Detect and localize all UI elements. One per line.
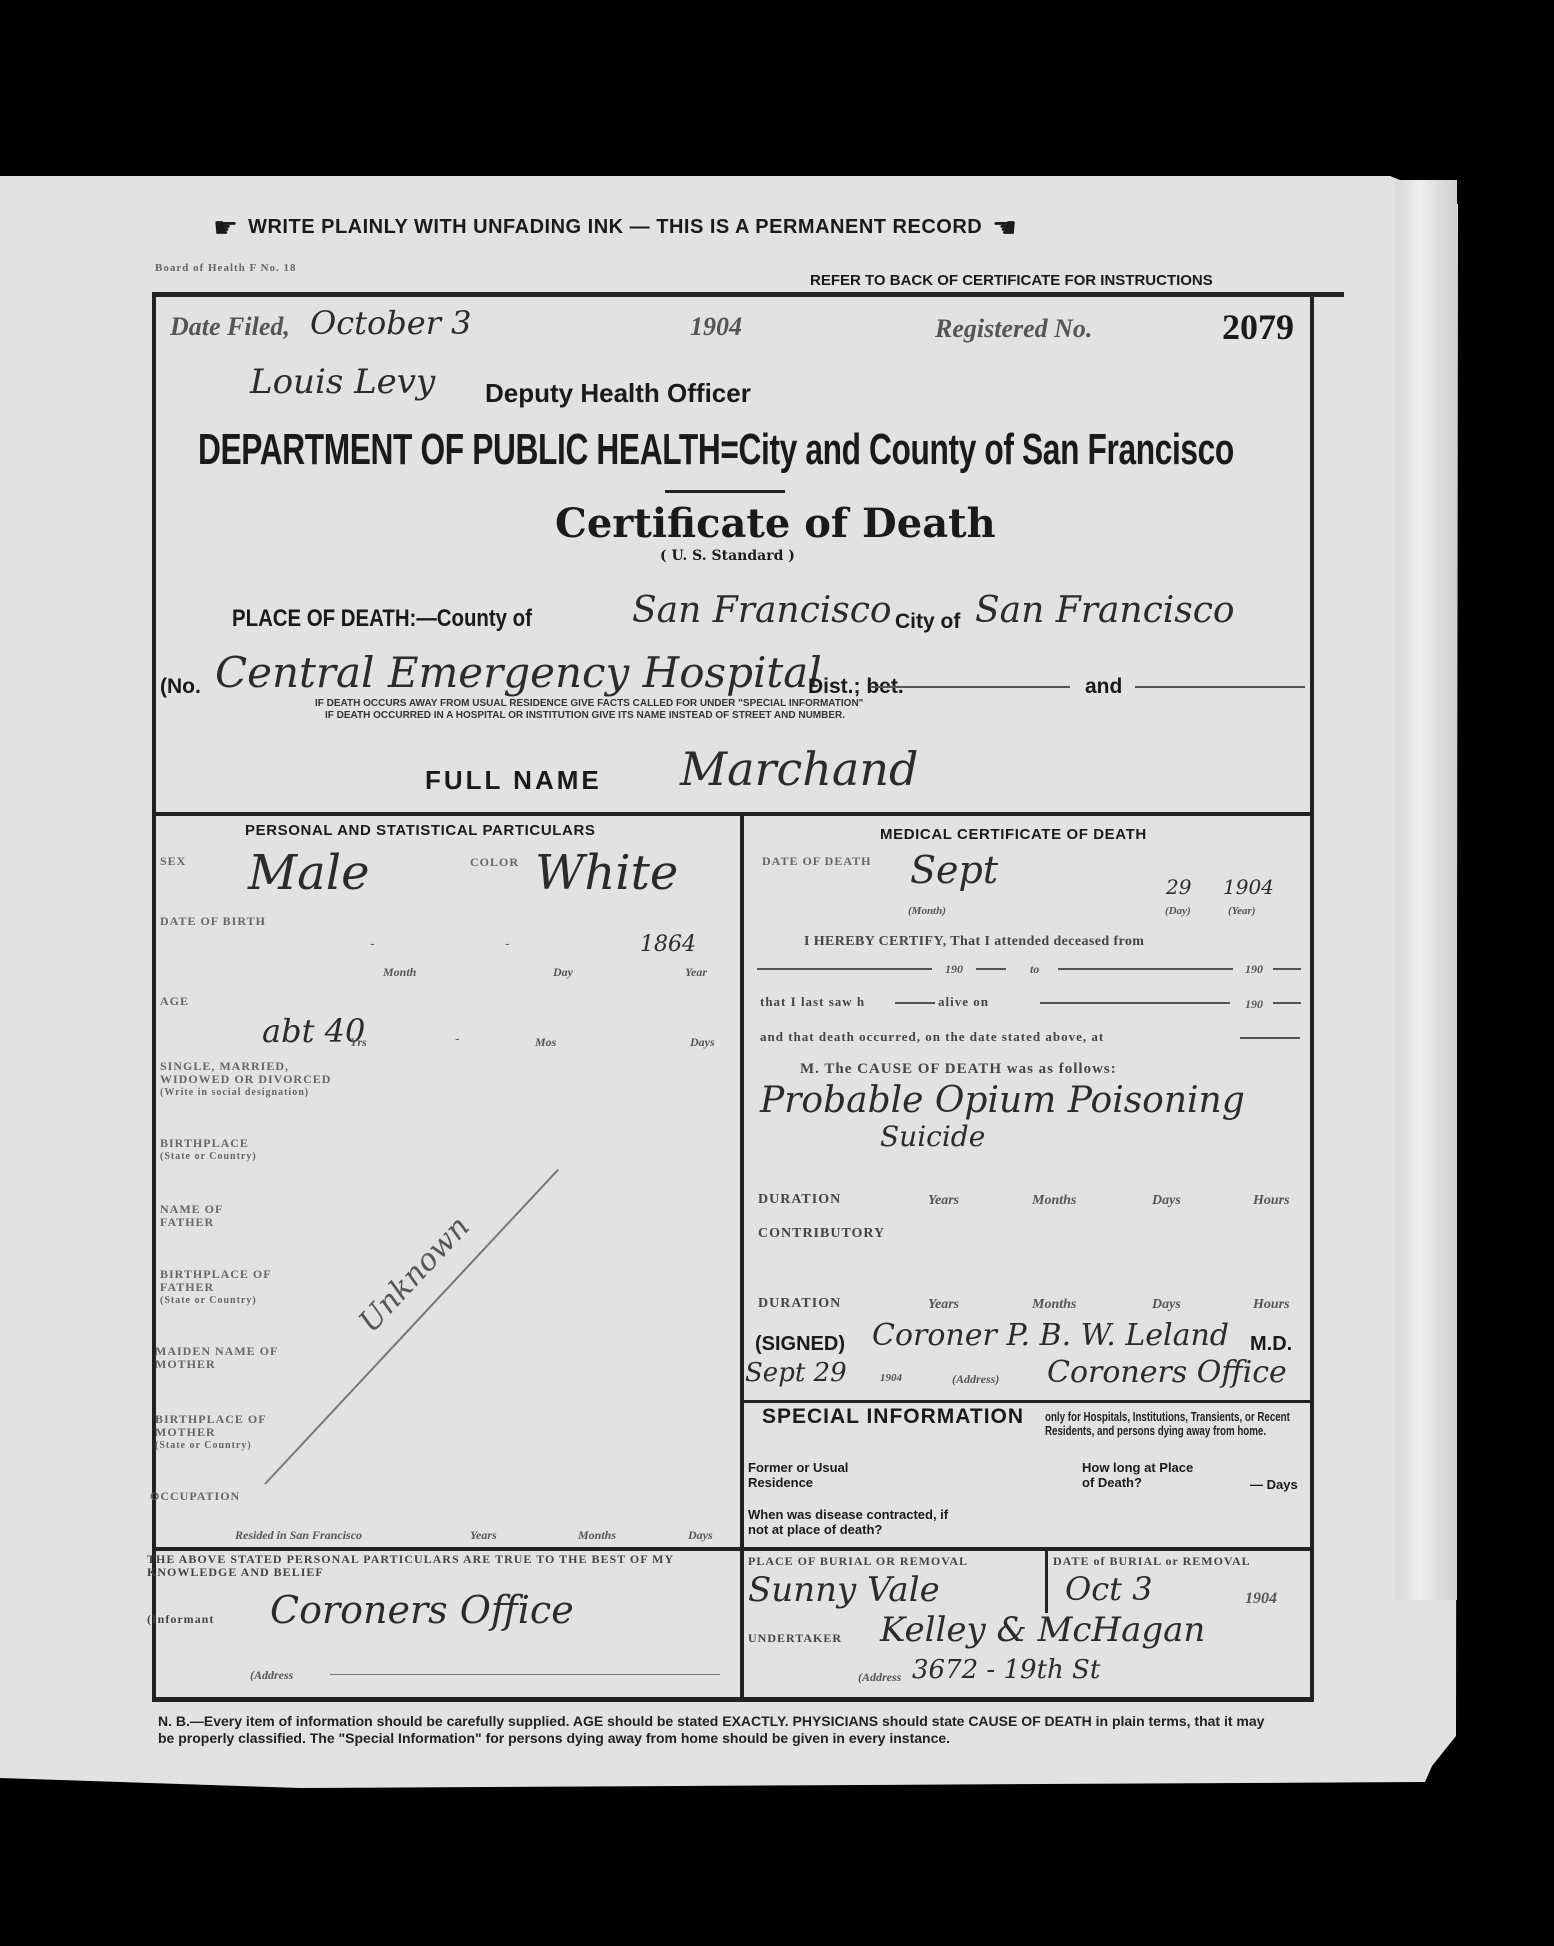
- place-note-line1: IF DEATH OCCURS AWAY FROM USUAL RESIDENC…: [315, 698, 863, 710]
- contracted-label: When was disease contracted, if not at p…: [748, 1507, 968, 1537]
- duration-days: Days: [1152, 1193, 1181, 1209]
- registered-number: 2079: [1222, 306, 1294, 348]
- how-long-days: — Days: [1250, 1477, 1298, 1492]
- father-birthplace-label-text: BIRTHPLACE OF FATHER: [160, 1268, 290, 1294]
- personal-heading: PERSONAL AND STATISTICAL PARTICULARS: [245, 822, 596, 839]
- age-months-value: -: [455, 1030, 460, 1046]
- banner-text: WRITE PLAINLY WITH UNFADING INK — THIS I…: [248, 216, 982, 239]
- age-days-label: Days: [690, 1035, 715, 1050]
- duration2-label: DURATION: [758, 1297, 841, 1310]
- duration-months: Months: [1032, 1193, 1076, 1209]
- month-label: (Month): [908, 905, 946, 917]
- signed-address-label: (Address): [952, 1372, 999, 1387]
- contributory-label: CONTRIBUTORY: [758, 1227, 885, 1240]
- duration-years: Years: [928, 1193, 959, 1209]
- cause-of-death: Probable Opium Poisoning: [760, 1080, 1245, 1121]
- place-note: IF DEATH OCCURS AWAY FROM USUAL RESIDENC…: [315, 698, 863, 722]
- birthplace-label-text: BIRTHPLACE: [160, 1137, 257, 1150]
- mother-birthplace-label-text: BIRTHPLACE OF MOTHER: [155, 1413, 285, 1439]
- signed-date: Sept 29: [745, 1358, 847, 1388]
- dob-month-label: Month: [383, 965, 416, 980]
- marital-label: SINGLE, MARRIED, WIDOWED OR DIVORCED (Wr…: [160, 1060, 360, 1099]
- duration-hours: Hours: [1253, 1193, 1290, 1209]
- signed-address: Coroners Office: [1047, 1355, 1287, 1390]
- age-label: AGE: [160, 995, 189, 1008]
- mother-birthplace-hint: (State or Country): [155, 1439, 285, 1452]
- special-subheading: only for Hospitals, Institutions, Transi…: [1045, 1410, 1315, 1438]
- dob-year: 1864: [640, 932, 696, 957]
- resided-label: Resided in San Francisco: [235, 1528, 362, 1543]
- page-stack-edge: [1395, 180, 1457, 1600]
- age-years-label: Yrs: [350, 1035, 367, 1050]
- banner: ☛ WRITE PLAINLY WITH UNFADING INK — THIS…: [213, 216, 1293, 239]
- officer-signature: Louis Levy: [250, 362, 435, 402]
- place-of-death-label: PLACE OF DEATH:—County of: [232, 605, 532, 633]
- death-day: 29: [1166, 875, 1191, 899]
- marital-hint: (Write in social designation): [160, 1086, 360, 1099]
- occupation-label: OCCUPATION: [150, 1490, 240, 1503]
- resided-months: Months: [578, 1528, 616, 1543]
- informant-address-label: (Address: [250, 1668, 293, 1683]
- certify-text: I HEREBY CERTIFY, That I attended deceas…: [804, 935, 1144, 948]
- hospital-name: Central Emergency Hospital: [215, 648, 822, 697]
- color-value: White: [535, 845, 678, 901]
- day-label: (Day): [1165, 905, 1191, 917]
- date-filed-value: October 3: [310, 304, 472, 342]
- marital-label-text: SINGLE, MARRIED, WIDOWED OR DIVORCED: [160, 1060, 360, 1086]
- full-name-value: Marchand: [680, 742, 918, 796]
- dob-day: -: [505, 935, 510, 951]
- registered-label: Registered No.: [935, 314, 1092, 344]
- pointing-hand-icon: ☛: [992, 218, 1017, 238]
- certificate-title: Certificate of Death: [555, 500, 996, 547]
- duration2-years: Years: [928, 1297, 959, 1313]
- burial-date-label: DATE of BURIAL or REMOVAL: [1053, 1555, 1251, 1568]
- sex-label: SEX: [160, 855, 186, 868]
- death-occurred-text: and that death occurred, on the date sta…: [760, 1030, 1104, 1043]
- cause-intro: M. The CAUSE OF DEATH was as follows:: [800, 1063, 1117, 1076]
- from-190: 190: [945, 962, 963, 977]
- how-long-label: How long at Place of Death?: [1082, 1460, 1202, 1490]
- filed-year: 1904: [690, 312, 742, 342]
- dob-month: -: [370, 935, 375, 951]
- signed-label: (SIGNED): [755, 1333, 845, 1356]
- resided-years: Years: [470, 1528, 497, 1543]
- footer-note: N. B.—Every item of information should b…: [158, 1713, 1268, 1747]
- city-value: San Francisco: [975, 590, 1235, 631]
- informant-value: Coroners Office: [270, 1588, 574, 1632]
- date-filed-label: Date Filed,: [170, 312, 290, 342]
- duration2-days: Days: [1152, 1297, 1181, 1313]
- cause-secondary: Suicide: [880, 1120, 985, 1153]
- birthplace-label: BIRTHPLACE (State or Country): [160, 1137, 257, 1163]
- dob-year-label: Year: [685, 965, 707, 980]
- birthplace-hint: (State or Country): [160, 1150, 257, 1163]
- to-190: 190: [1245, 962, 1263, 977]
- father-birthplace-label: BIRTHPLACE OF FATHER (State or Country): [160, 1268, 290, 1307]
- county-value: San Francisco: [632, 590, 892, 631]
- alive-on-text: alive on: [938, 995, 989, 1008]
- sex-value: Male: [248, 845, 370, 901]
- alive-190: 190: [1245, 997, 1263, 1012]
- burial-year-value: 1904: [1245, 1590, 1277, 1608]
- burial-date-value: Oct 3: [1065, 1570, 1153, 1608]
- death-year: 1904: [1223, 875, 1274, 899]
- year-label: (Year): [1228, 905, 1256, 917]
- duration2-months: Months: [1032, 1297, 1076, 1313]
- mother-birthplace-label: BIRTHPLACE OF MOTHER (State or Country): [155, 1413, 285, 1452]
- full-name-label: FULL NAME: [425, 765, 602, 796]
- death-date-label: DATE OF DEATH: [762, 855, 871, 868]
- department-title: DEPARTMENT OF PUBLIC HEALTH=City and Cou…: [198, 425, 1234, 475]
- dob-day-label: Day: [553, 965, 573, 980]
- informant-statement: THE ABOVE STATED PERSONAL PARTICULARS AR…: [147, 1553, 727, 1579]
- father-birthplace-hint: (State or Country): [160, 1294, 290, 1307]
- undertaker-address-value: 3672 - 19th St: [912, 1655, 1100, 1685]
- to-label: to: [1030, 962, 1039, 977]
- duration-label: DURATION: [758, 1193, 841, 1206]
- death-month: Sept: [910, 848, 998, 892]
- medical-heading: MEDICAL CERTIFICATE OF DEATH: [880, 826, 1147, 843]
- age-months-label: Mos: [535, 1035, 556, 1050]
- and-label: and: [1085, 675, 1122, 699]
- resided-days: Days: [688, 1528, 713, 1543]
- former-residence-label: Former or Usual Residence: [748, 1460, 878, 1490]
- pointing-hand-icon: ☛: [213, 218, 238, 238]
- informant-label: (Informant: [147, 1613, 214, 1626]
- undertaker-label: UNDERTAKER: [748, 1632, 842, 1645]
- special-heading: SPECIAL INFORMATION: [762, 1405, 1024, 1429]
- father-name-label: NAME OF FATHER: [160, 1203, 250, 1229]
- officer-title: Deputy Health Officer: [485, 378, 751, 409]
- signed-value: Coroner P. B. W. Leland: [872, 1318, 1229, 1353]
- mother-maiden-label: MAIDEN NAME OF MOTHER: [155, 1345, 295, 1371]
- md-label: M.D.: [1250, 1333, 1292, 1356]
- place-note-line2: IF DEATH OCCURRED IN A HOSPITAL OR INSTI…: [315, 710, 863, 722]
- standard-label: ( U. S. Standard ): [660, 548, 795, 564]
- burial-place-label: PLACE OF BURIAL OR REMOVAL: [748, 1555, 968, 1568]
- form-code: Board of Health F No. 18: [155, 262, 297, 275]
- last-saw-text: that I last saw h: [760, 995, 865, 1008]
- undertaker-value: Kelley & McHagan: [880, 1610, 1205, 1650]
- signed-year: 1904: [880, 1372, 902, 1384]
- dob-label: DATE OF BIRTH: [160, 915, 266, 928]
- duration2-hours: Hours: [1253, 1297, 1290, 1313]
- instructions-note: REFER TO BACK OF CERTIFICATE FOR INSTRUC…: [810, 272, 1213, 289]
- street-no-label: (No.: [160, 675, 201, 699]
- city-label: City of: [895, 610, 960, 634]
- burial-place-value: Sunny Vale: [748, 1570, 940, 1610]
- undertaker-address-label: (Address: [858, 1670, 901, 1685]
- color-label: COLOR: [470, 856, 519, 869]
